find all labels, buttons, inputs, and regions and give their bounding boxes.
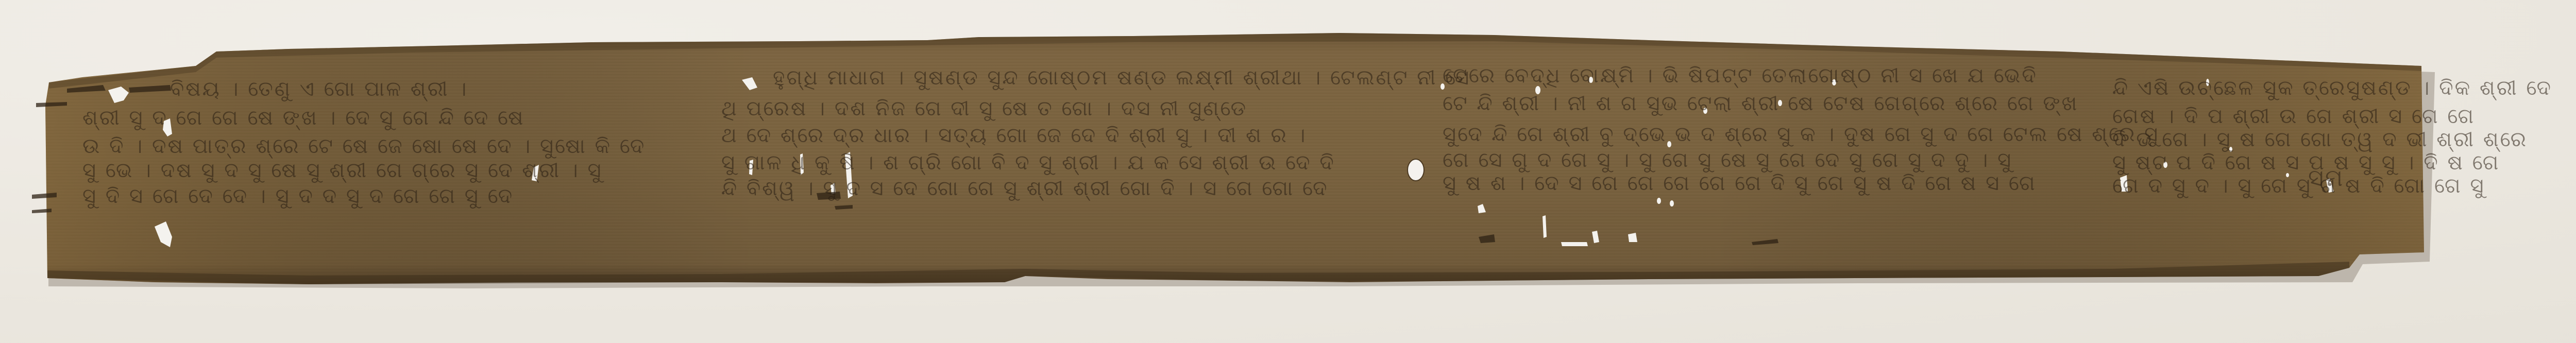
manuscript-scene: ବିଷୟ । ତେଣୁ ଏ ଗୋ ପାଳ ଶ୍ରୀ । ହୁଗ୍ଧି ମାଧାଗ… [0,0,2576,343]
string-hole [1408,159,1424,181]
palm-leaf [0,0,2576,343]
